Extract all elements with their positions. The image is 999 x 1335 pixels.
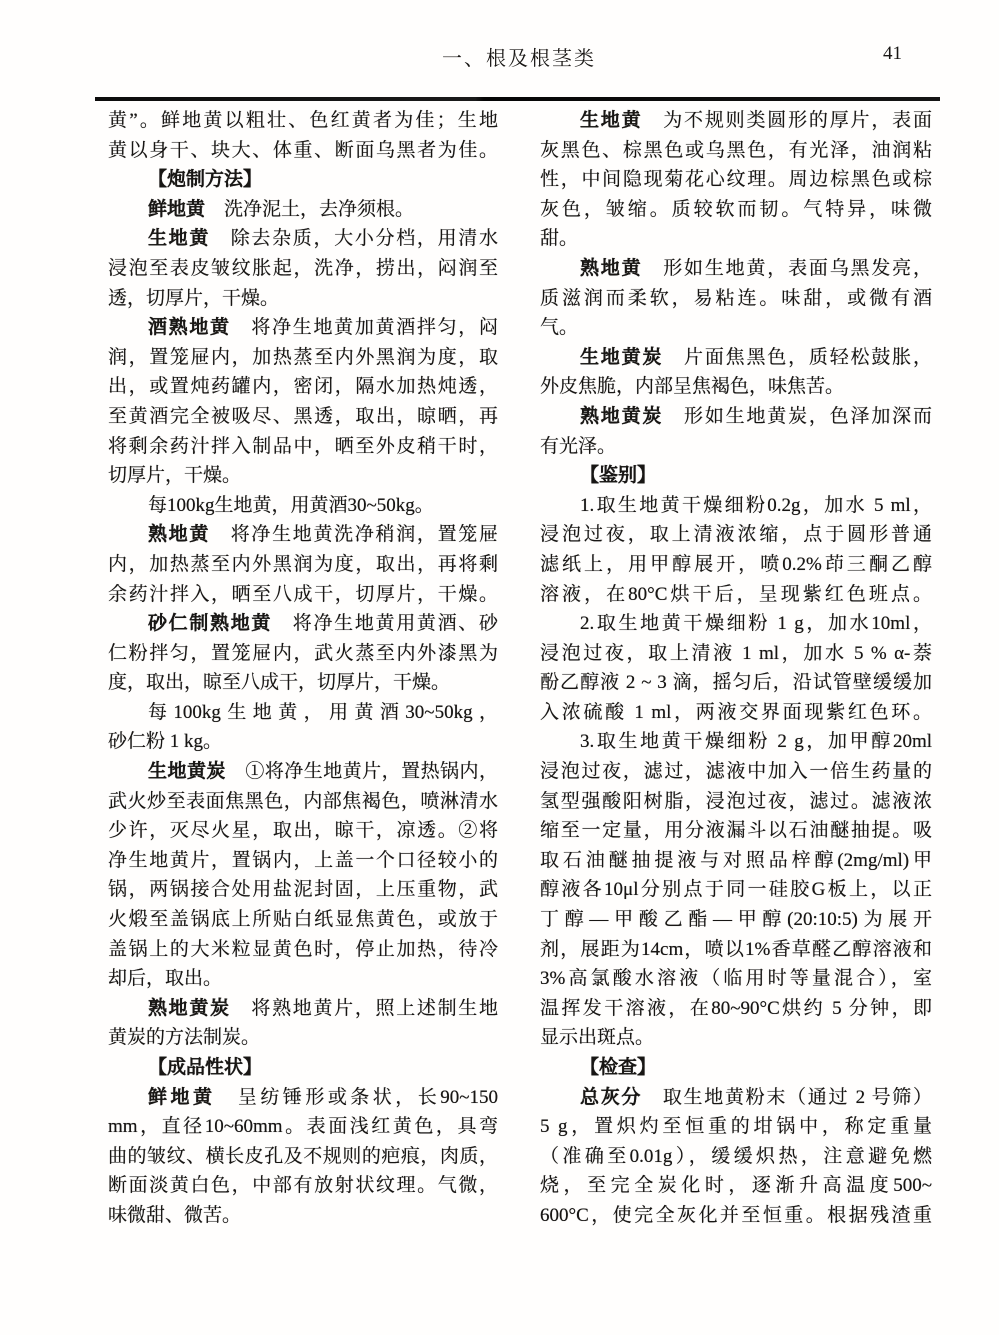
text-line: 【鉴别】 <box>540 461 932 491</box>
text-line: 味微甜、微苦。 <box>108 1201 498 1231</box>
bold-term: 鲜地黄 <box>148 199 205 220</box>
text-line: 外皮焦脆，内部呈焦褐色，味焦苦。 <box>540 372 932 402</box>
left-column: 黄”。鲜地黄以粗壮、色红黄者为佳；生地黄以身干、块大、体重、断面乌黑者为佳。【炮… <box>108 106 498 1231</box>
bold-term: 熟地黄 <box>148 524 210 545</box>
text-line: 醇液各10μl分别点于同一硅胶G板上，以正 <box>540 875 932 905</box>
text-line: 3%高氯酸水溶液（临用时等量混合），室 <box>540 964 932 994</box>
bold-term: 生地黄 <box>148 228 210 249</box>
text-line: 丁醇—甲酸乙酯—甲醇(20:10:5)为展开 <box>540 905 932 935</box>
text-line: 性，中间隐现菊花心纹理。周边棕黑色或棕 <box>540 165 932 195</box>
bold-term: 【炮制方法】 <box>148 169 262 190</box>
text-line: 出，或置炖药罐内，密闭，隔水加热炖透， <box>108 372 498 402</box>
bold-term: 生地黄炭 <box>580 347 663 368</box>
text-line: 黄炭的方法制炭。 <box>108 1023 498 1053</box>
text-line: 至黄酒完全被吸尽、黑透，取出，晾晒，再 <box>108 402 498 432</box>
text-line: 温挥发干溶液，在80~90°C烘约 5 分钟，即 <box>540 994 932 1024</box>
text-line: 浸泡过夜，滤过，滤液中加入一倍生药量的 <box>540 757 932 787</box>
bold-term: 酒熟地黄 <box>148 317 231 338</box>
text-line: （准确至0.01g），缓缓炽热，注意避免燃 <box>540 1142 932 1172</box>
bold-term: 熟地黄 <box>580 258 642 279</box>
text-line: 生地黄 为不规则类圆形的厚片，表面 <box>540 106 932 136</box>
text-line: 锅，两锅接合处用盐泥封固，上压重物，武 <box>108 875 498 905</box>
text-line: 鲜地黄 洗净泥土，去净须根。 <box>108 195 498 225</box>
text-line: 每100kg生地黄，用黄酒30~50kg。 <box>108 491 498 521</box>
text-line: 取石油醚抽提液与对照品梓醇(2mg/ml)甲 <box>540 846 932 876</box>
document-page: 一、根及根茎类 41 黄”。鲜地黄以粗壮、色红黄者为佳；生地黄以身干、块大、体重… <box>0 0 999 1335</box>
header-rule <box>95 97 940 101</box>
text-line: 酒熟地黄 将净生地黄加黄酒拌匀，闷 <box>108 313 498 343</box>
text-line: 仁粉拌匀，置笼屉内，武火蒸至内外漆黑为 <box>108 639 498 669</box>
text-line: 余药汁拌入，晒至八成干，切厚片，干燥。 <box>108 580 498 610</box>
text-line: 酚乙醇液 2 ~ 3 滴，摇匀后，沿试管壁缓缓加 <box>540 668 932 698</box>
text-line: 每100kg生地黄，用黄酒30~50kg， <box>108 698 498 728</box>
text-line: 质滋润而柔软，易粘连。味甜，或微有酒 <box>540 284 932 314</box>
bold-term: 熟地黄炭 <box>148 998 231 1019</box>
text-line: 生地黄炭 ①将净生地黄片，置热锅内， <box>108 757 498 787</box>
text-line: 缩至一定量，用分液漏斗以石油醚抽提。吸 <box>540 816 932 846</box>
text-line: 润，置笼屉内，加热蒸至内外黑润为度，取 <box>108 343 498 373</box>
text-line: 【炮制方法】 <box>108 165 498 195</box>
text-line: 曲的皱纹、横长皮孔及不规则的疤痕，肉质， <box>108 1142 498 1172</box>
text-line: 显示出斑点。 <box>540 1023 932 1053</box>
text-line: 氢型强酸阳树脂，浸泡过夜，滤过。滤液浓 <box>540 787 932 817</box>
text-line: 3.取生地黄干燥细粉 2 g，加甲醇20ml <box>540 727 932 757</box>
text-line: 1.取生地黄干燥细粉0.2g，加水 5 ml， <box>540 491 932 521</box>
text-line: 少许，灭尽火星，取出，晾干，凉透。②将 <box>108 816 498 846</box>
text-line: 却后，取出。 <box>108 964 498 994</box>
text-line: 灰黑色、棕黑色或乌黑色，有光泽，油润粘 <box>540 136 932 166</box>
text-line: 生地黄 除去杂质，大小分档，用清水 <box>108 224 498 254</box>
bold-term: 【鉴别】 <box>580 465 656 486</box>
bold-term: 砂仁制熟地黄 <box>148 613 272 634</box>
bold-term: 生地黄 <box>580 110 642 131</box>
text-line: 灰色，皱缩。质较软而韧。气特异，味微 <box>540 195 932 225</box>
text-line: 度，取出，晾至八成干，切厚片，干燥。 <box>108 668 498 698</box>
bold-term: 【检查】 <box>580 1057 656 1078</box>
text-line: 入浓硫酸 1 ml，两液交界面现紫红色环。 <box>540 698 932 728</box>
text-line: 【检查】 <box>540 1053 932 1083</box>
text-line: 溶液，在80°C烘干后，呈现紫红色班点。 <box>540 580 932 610</box>
text-line: 浸泡过夜，取上清液浓缩，点于圆形普通 <box>540 520 932 550</box>
text-line: 切厚片，干燥。 <box>108 461 498 491</box>
running-head-title: 一、根及根茎类 <box>442 48 596 70</box>
text-line: 甜。 <box>540 224 932 254</box>
text-line: 生地黄炭 片面焦黑色，质轻松鼓胀， <box>540 343 932 373</box>
text-line: 净生地黄片，置锅内，上盖一个口径较小的 <box>108 846 498 876</box>
text-line: 断面淡黄白色，中部有放射状纹理。气微， <box>108 1171 498 1201</box>
bold-term: 鲜地黄 <box>148 1087 215 1108</box>
right-column: 生地黄 为不规则类圆形的厚片，表面灰黑色、棕黑色或乌黑色，有光泽，油润粘性，中间… <box>540 106 932 1231</box>
text-line: 熟地黄 形如生地黄，表面乌黑发亮， <box>540 254 932 284</box>
text-line: 浸泡过夜，取上清液 1 ml，加水 5 % α-萘 <box>540 639 932 669</box>
text-line: 火煅至盖锅底上所贴白纸显焦黄色，或放于 <box>108 905 498 935</box>
running-head: 一、根及根茎类 41 <box>108 42 930 68</box>
text-line: 气。 <box>540 313 932 343</box>
text-line: 烧，至完全炭化时，逐渐升高温度500~ <box>540 1171 932 1201</box>
bold-term: 生地黄炭 <box>148 761 226 782</box>
text-line: 2.取生地黄干燥细粉 1 g，加水10ml， <box>540 609 932 639</box>
bold-term: 总灰分 <box>580 1087 642 1108</box>
text-line: mm，直径10~60mm。表面浅红黄色，具弯 <box>108 1112 498 1142</box>
text-line: 砂仁制熟地黄 将净生地黄用黄酒、砂 <box>108 609 498 639</box>
text-line: 内，加热蒸至内外黑润为度，取出，再将剩 <box>108 550 498 580</box>
bold-term: 熟地黄炭 <box>580 406 663 427</box>
page-number: 41 <box>883 43 902 65</box>
text-line: 鲜地黄 呈纺锤形或条状，长90~150 <box>108 1083 498 1113</box>
text-line: 滤纸上，用甲醇展开，喷0.2%茚三酮乙醇 <box>540 550 932 580</box>
text-line: 总灰分 取生地黄粉末（通过 2 号筛） <box>540 1083 932 1113</box>
text-line: 600°C，使完全灰化并至恒重。根据残渣重 <box>540 1201 932 1231</box>
text-line: 黄”。鲜地黄以粗壮、色红黄者为佳；生地 <box>108 106 498 136</box>
text-line: 黄以身干、块大、体重、断面乌黑者为佳。 <box>108 136 498 166</box>
text-line: 盖锅上的大米粒显黄色时，停止加热，待冷 <box>108 935 498 965</box>
text-line: 熟地黄炭 将熟地黄片，照上述制生地 <box>108 994 498 1024</box>
text-line: 浸泡至表皮皱纹胀起，洗净，捞出，闷润至 <box>108 254 498 284</box>
text-line: 剂，展距为14cm，喷以1%香草醛乙醇溶液和 <box>540 935 932 965</box>
text-line: 【成品性状】 <box>108 1053 498 1083</box>
text-line: 5 g，置炽灼至恒重的坩锅中，称定重量 <box>540 1112 932 1142</box>
text-line: 透，切厚片，干燥。 <box>108 284 498 314</box>
text-line: 武火炒至表面焦黑色，内部焦褐色，喷淋清水 <box>108 787 498 817</box>
text-line: 砂仁粉 1 kg。 <box>108 727 498 757</box>
text-line: 有光泽。 <box>540 432 932 462</box>
text-line: 将剩余药汁拌入制品中，晒至外皮稍干时， <box>108 432 498 462</box>
text-line: 熟地黄炭 形如生地黄炭，色泽加深而 <box>540 402 932 432</box>
bold-term: 【成品性状】 <box>148 1057 262 1078</box>
text-line: 熟地黄 将净生地黄洗净稍润，置笼屉 <box>108 520 498 550</box>
text-columns: 黄”。鲜地黄以粗壮、色红黄者为佳；生地黄以身干、块大、体重、断面乌黑者为佳。【炮… <box>108 106 932 1231</box>
